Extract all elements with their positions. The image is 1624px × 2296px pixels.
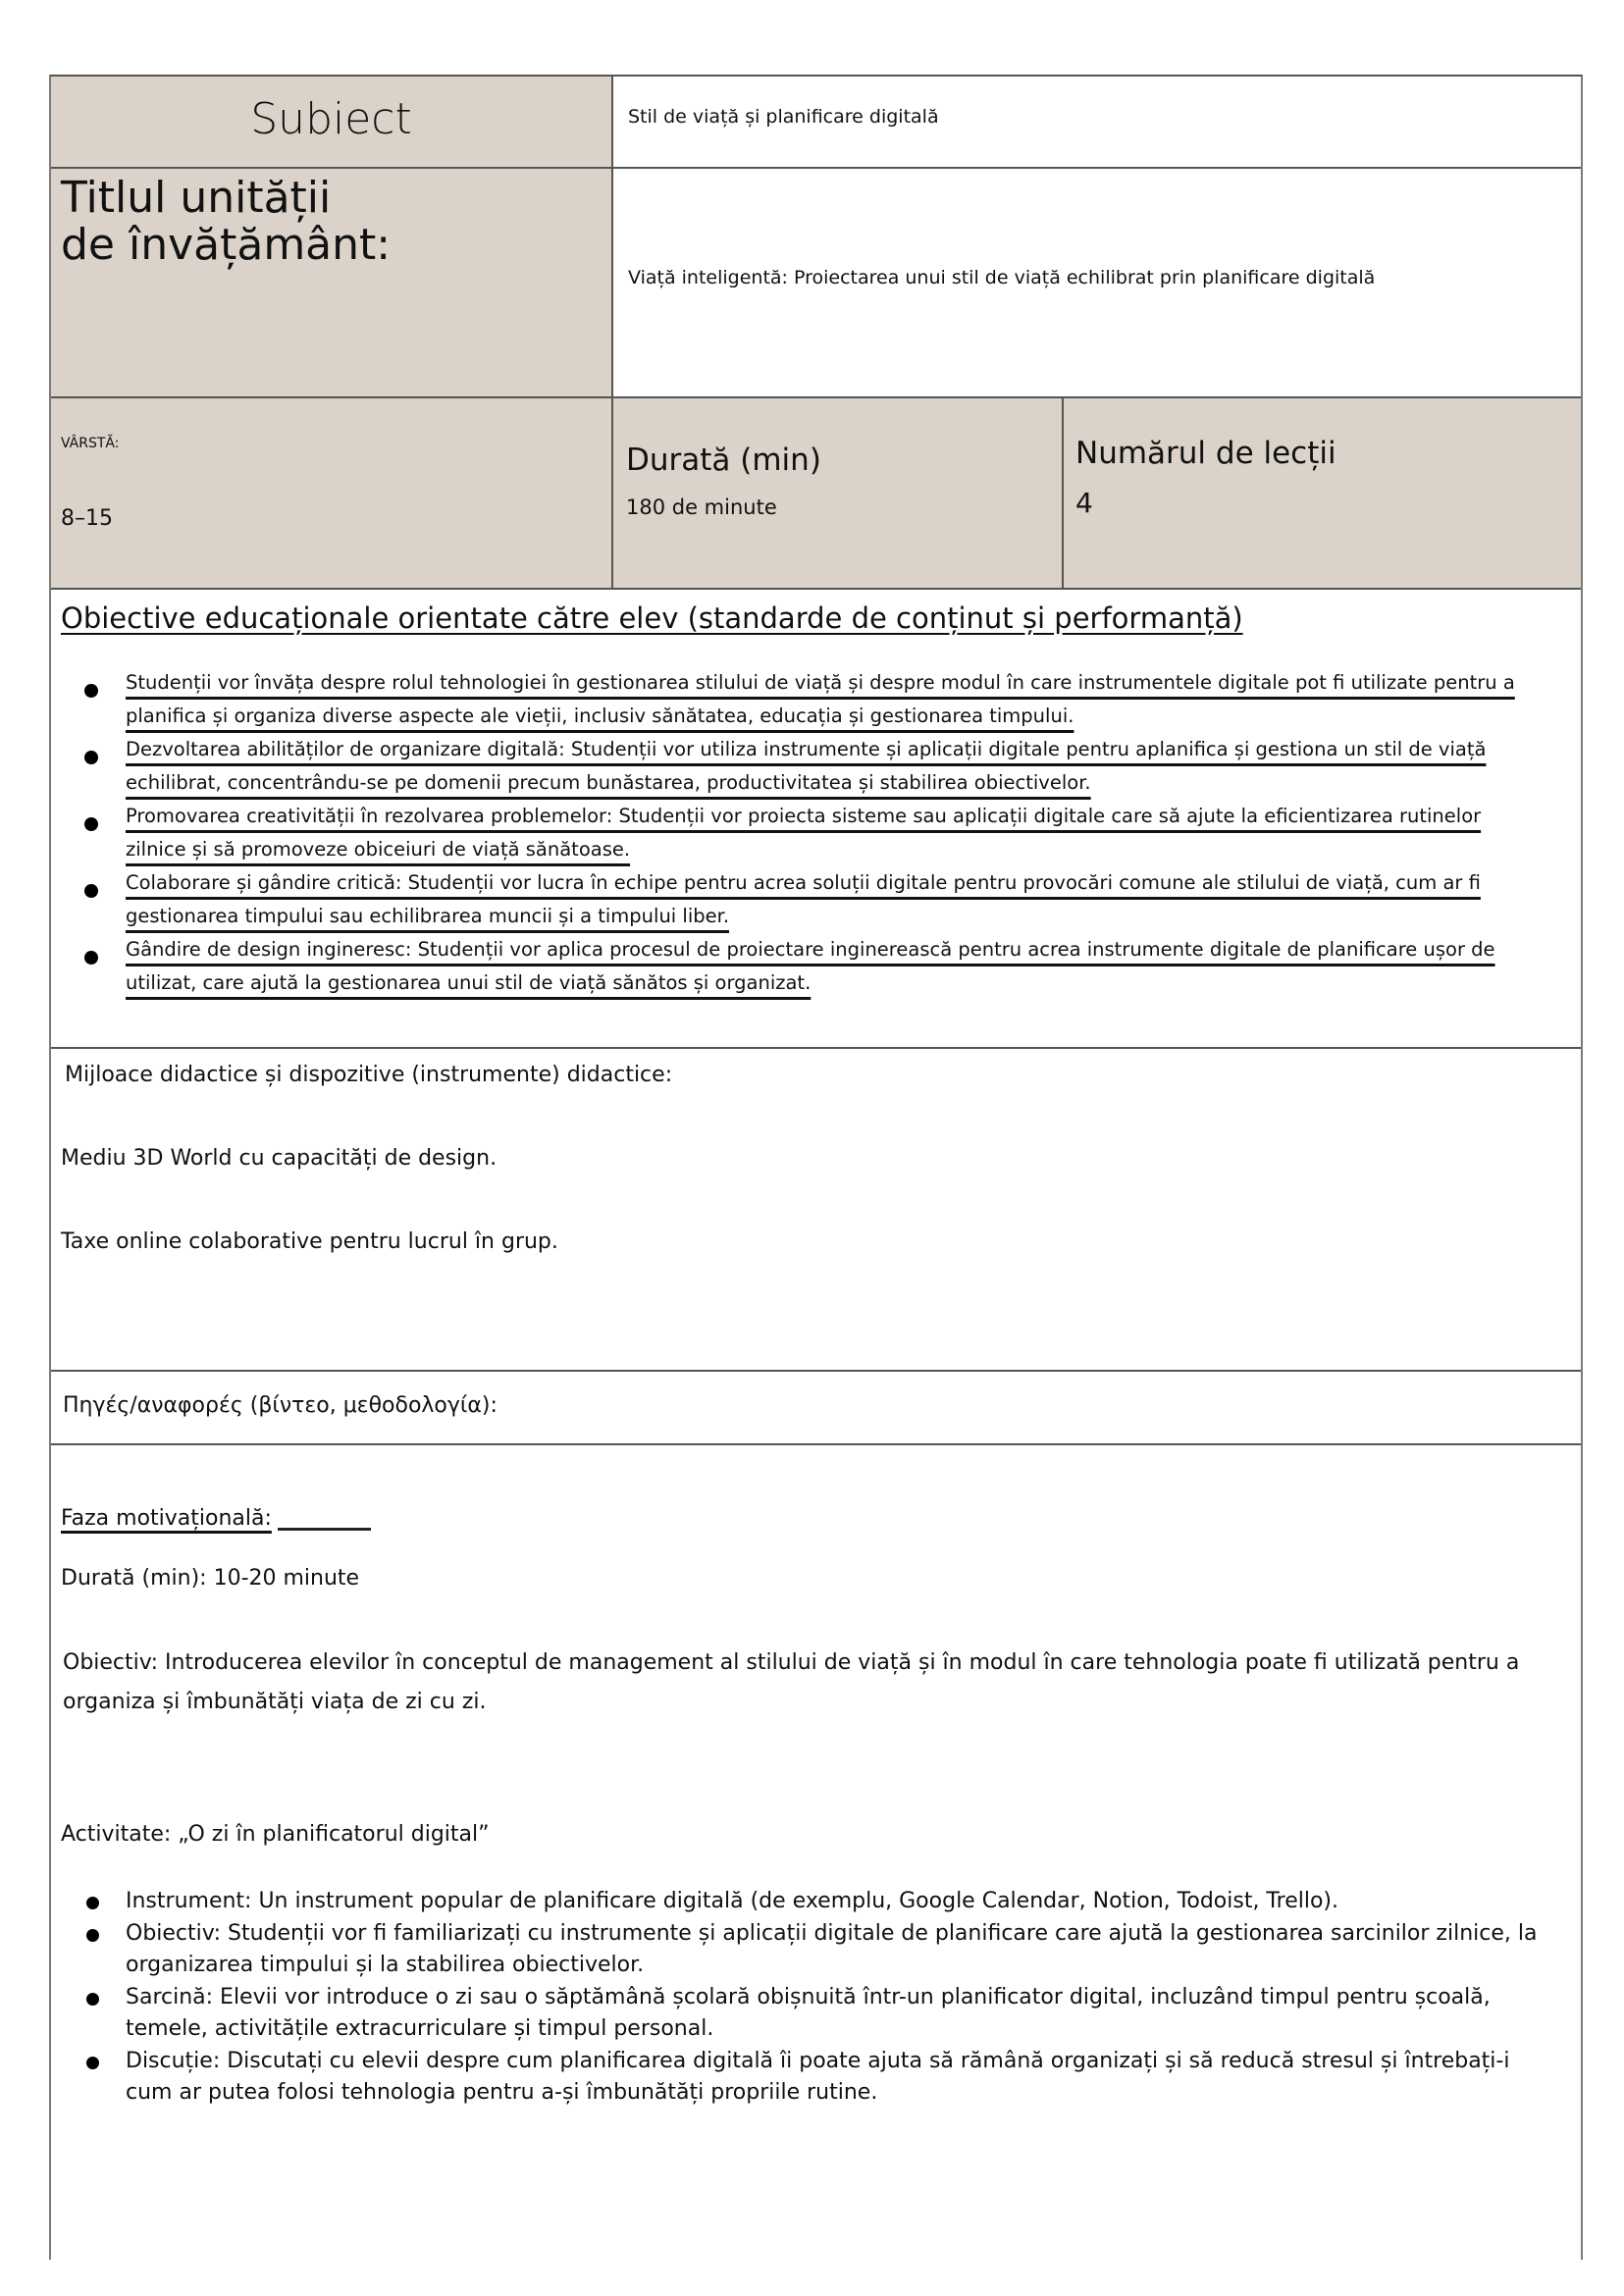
info-row: VÂRSTĂ: 8–15 Durată (min) 180 de minute …	[51, 398, 1581, 590]
materials-item: Taxe online colaborative pentru lucrul î…	[61, 1229, 1581, 1254]
lessons-label: Numărul de lecții	[1075, 436, 1581, 471]
activity-item: Instrument: Un instrument popular de pla…	[61, 1886, 1542, 1917]
activity-item: Discuție: Discutați cu elevii despre cum…	[61, 2046, 1542, 2109]
motivational-phase-cell: Faza motivațională: Durată (min): 10-20 …	[51, 1445, 1581, 2260]
objectives-row: Obiective educaționale orientate către e…	[51, 590, 1581, 1049]
lesson-plan-page: Subiect Stil de viață și planificare dig…	[49, 75, 1583, 2260]
subject-value: Stil de viață și planificare digitală	[613, 77, 1581, 167]
subject-row: Subiect Stil de viață și planificare dig…	[51, 77, 1581, 169]
activity-item: Obiectiv: Studenții vor fi familiarizați…	[61, 1918, 1542, 1981]
unit-title-label-line1: Titlul unității	[61, 175, 611, 222]
phase-objective: Obiectiv: Introducerea elevilor în conce…	[61, 1644, 1542, 1722]
age-cell: VÂRSTĂ: 8–15	[51, 398, 613, 588]
objective-item: Gândire de design ingineresc: Studenții …	[61, 933, 1542, 1000]
phase-title-wrap: Faza motivațională:	[61, 1506, 1542, 1531]
duration-label: Durată (min)	[626, 443, 1062, 478]
materials-row: Mijloace didactice și dispozitive (instr…	[51, 1049, 1581, 1372]
objective-item: Studenții vor învăța despre rolul tehnol…	[61, 666, 1542, 733]
objectives-cell: Obiective educaționale orientate către e…	[51, 590, 1581, 1047]
unit-title-label-line2: de învățământ:	[61, 222, 611, 269]
duration-cell: Durată (min) 180 de minute	[613, 398, 1064, 588]
objective-item: Dezvoltarea abilităților de organizare d…	[61, 733, 1542, 800]
objectives-heading: Obiective educaționale orientate către e…	[61, 601, 1581, 635]
phase-duration: Durată (min): 10-20 minute	[61, 1566, 1542, 1591]
activity-list: Instrument: Un instrument popular de pla…	[61, 1886, 1542, 2109]
references-heading: Πηγές/αναφορές (βίντεο, μεθοδολογία):	[51, 1372, 1581, 1443]
unit-title-value: Viață inteligentă: Proiectarea unui stil…	[613, 169, 1581, 396]
materials-cell: Mijloace didactice și dispozitive (instr…	[51, 1049, 1581, 1370]
subject-label: Subiect	[51, 77, 613, 167]
references-row: Πηγές/αναφορές (βίντεο, μεθοδολογία):	[51, 1372, 1581, 1445]
lessons-value: 4	[1075, 487, 1581, 519]
lesson-plan-table: Subiect Stil de viață și planificare dig…	[49, 75, 1583, 2260]
age-value: 8–15	[61, 506, 611, 531]
objective-item: Promovarea creativității în rezolvarea p…	[61, 800, 1542, 866]
lessons-cell: Numărul de lecții 4	[1064, 398, 1581, 588]
activity-item: Sarcină: Elevii vor introduce o zi sau o…	[61, 1982, 1542, 2045]
materials-heading: Mijloace didactice și dispozitive (instr…	[65, 1063, 1581, 1087]
phase-title: Faza motivațională:	[61, 1506, 371, 1531]
duration-value: 180 de minute	[626, 496, 1062, 519]
unit-title-label: Titlul unității de învățământ:	[51, 169, 613, 396]
motivational-phase-row: Faza motivațională: Durată (min): 10-20 …	[51, 1445, 1581, 2260]
activity-title: Activitate: „O zi în planificatorul digi…	[61, 1822, 1542, 1847]
age-label: VÂRSTĂ:	[61, 436, 611, 451]
objective-item: Colaborare și gândire critică: Studenții…	[61, 866, 1542, 933]
unit-title-row: Titlul unității de învățământ: Viață int…	[51, 169, 1581, 398]
objectives-list: Studenții vor învăța despre rolul tehnol…	[61, 666, 1581, 1000]
materials-item: Mediu 3D World cu capacități de design.	[61, 1146, 1581, 1171]
